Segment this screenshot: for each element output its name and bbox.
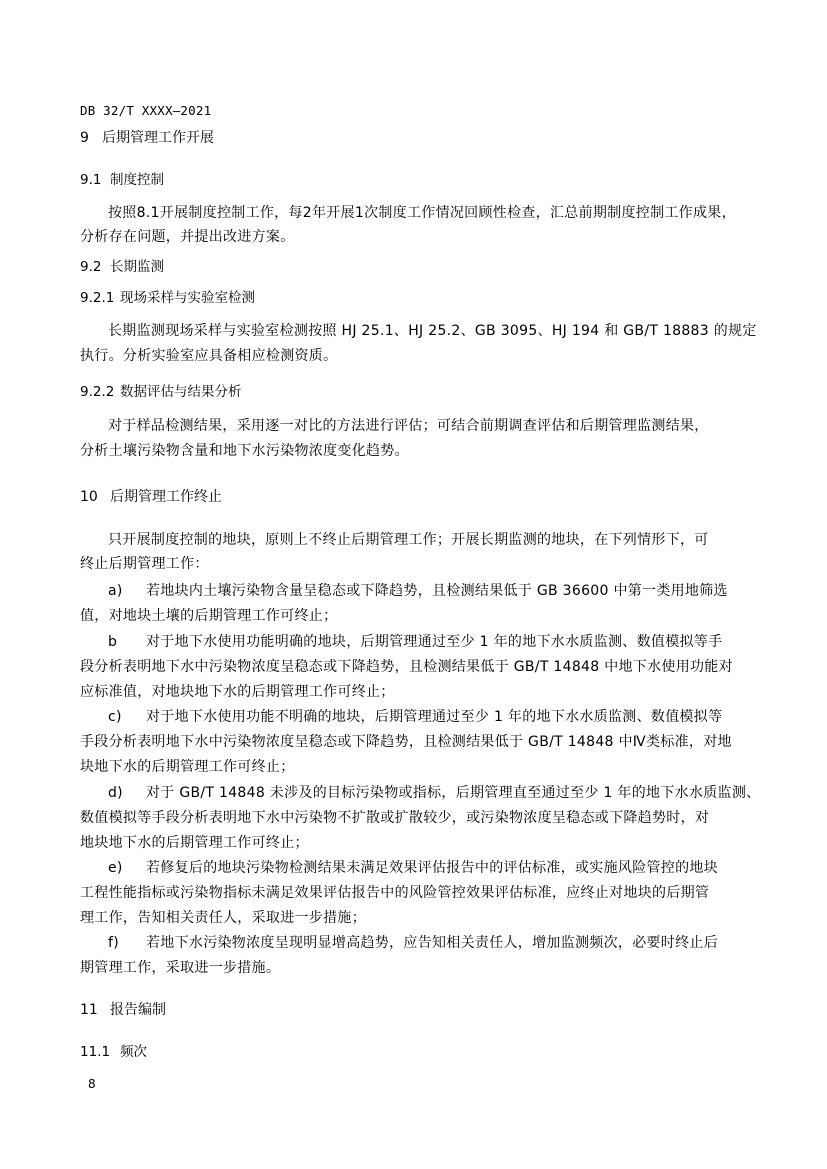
section-11-1-heading: 11.1频次 bbox=[80, 1046, 147, 1060]
paragraph-line: 执行。分析实验室应具备相应检测资质。 bbox=[80, 349, 337, 363]
page-number: 8 bbox=[88, 1078, 96, 1090]
section-9-2-heading: 9.2长期监测 bbox=[80, 261, 164, 275]
section-title: 现场采样与实验室检测 bbox=[120, 290, 255, 306]
list-text: 若地块内土壤污染物含量呈稳态或下降趋势，且检测结果低于 GB 36600 中第一… bbox=[146, 583, 728, 599]
paragraph-line: 只开展制度控制的地块，原则上不终止后期管理工作；开展长期监测的地块，在下列情形下… bbox=[108, 533, 709, 547]
list-item-e-continuation: 工程性能指标或污染物指标未满足效果评估报告中的风险管控效果评估标准，应终止对地块… bbox=[80, 886, 709, 900]
list-item-f-continuation: 期管理工作，采取进一步措施。 bbox=[80, 961, 280, 975]
section-title: 报告编制 bbox=[110, 1002, 166, 1018]
standard-code-header: DB 32/T XXXX—2021 bbox=[80, 105, 211, 118]
section-number: 9.1 bbox=[80, 174, 110, 188]
section-9-2-1-heading: 9.2.1现场采样与实验室检测 bbox=[80, 292, 255, 306]
section-9-1-heading: 9.1制度控制 bbox=[80, 174, 164, 188]
list-item-d: d)对于 GB/T 14848 未涉及的目标污染物或指标，后期管理直至通过至少 … bbox=[108, 786, 760, 800]
list-item-b-continuation: 段分析表明地下水中污染物浓度呈稳态或下降趋势，且检测结果低于 GB/T 1484… bbox=[80, 660, 733, 674]
paragraph-line: 终止后期管理工作： bbox=[80, 557, 209, 571]
list-label: c) bbox=[108, 710, 146, 724]
section-9-2-2-heading: 9.2.2数据评估与结果分析 bbox=[80, 386, 242, 400]
section-10-heading: 10后期管理工作终止 bbox=[80, 490, 222, 504]
list-item-e-continuation: 理工作，告知相关责任人，采取进一步措施； bbox=[80, 911, 366, 925]
list-item-d-continuation: 数值模拟等手段分析表明地下水中污染物不扩散或扩散较少，或污染物浓度呈稳态或下降趋… bbox=[80, 811, 709, 825]
list-item-c-continuation: 块地下水的后期管理工作可终止； bbox=[80, 760, 295, 774]
section-number: 9 bbox=[80, 131, 102, 145]
section-title: 制度控制 bbox=[110, 172, 164, 188]
paragraph-line: 按照8.1开展制度控制工作，每2年开展1次制度工作情况回顾性检查，汇总前期制度控… bbox=[108, 206, 736, 220]
section-number: 10 bbox=[80, 490, 110, 504]
list-item-f: f)若地下水污染物浓度呈现明显增高趋势，应告知相关责任人，增加监测频次，必要时终… bbox=[108, 936, 718, 950]
section-number: 11 bbox=[80, 1003, 110, 1017]
section-number: 11.1 bbox=[80, 1046, 120, 1060]
list-item-e: e)若修复后的地块污染物检测结果未满足效果评估报告中的评估标准，或实施风险管控的… bbox=[108, 861, 718, 875]
section-number: 9.2 bbox=[80, 261, 110, 275]
list-text: 对于 GB/T 14848 未涉及的目标污染物或指标，后期管理直至通过至少 1 … bbox=[146, 785, 760, 801]
list-text: 对于地下水使用功能明确的地块，后期管理通过至少 1 年的地下水水质监测、数值模拟… bbox=[146, 634, 722, 650]
list-text: 对于地下水使用功能不明确的地块，后期管理通过至少 1 年的地下水水质监测、数值模… bbox=[146, 709, 722, 725]
paragraph-line: 长期监测现场采样与实验室检测按照 HJ 25.1、HJ 25.2、GB 3095… bbox=[108, 324, 757, 338]
list-label: d) bbox=[108, 786, 146, 800]
list-label: b bbox=[108, 635, 146, 649]
section-title: 数据评估与结果分析 bbox=[120, 384, 242, 400]
list-label: e) bbox=[108, 861, 146, 875]
paragraph-line: 分析土壤污染物含量和地下水污染物浓度变化趋势。 bbox=[80, 444, 409, 458]
list-item-c: c)对于地下水使用功能不明确的地块，后期管理通过至少 1 年的地下水水质监测、数… bbox=[108, 710, 722, 724]
paragraph-line: 对于样品检测结果，采用逐一对比的方法进行评估；可结合前期调查评估和后期管理监测结… bbox=[108, 419, 709, 433]
section-title: 频次 bbox=[120, 1044, 147, 1060]
list-item-c-continuation: 手段分析表明地下水中污染物浓度呈稳态或下降趋势，且检测结果低于 GB/T 148… bbox=[80, 735, 732, 749]
section-title: 后期管理工作终止 bbox=[110, 489, 222, 505]
list-item-d-continuation: 地块地下水的后期管理工作可终止； bbox=[80, 836, 309, 850]
section-9-heading: 9后期管理工作开展 bbox=[80, 131, 214, 145]
list-item-b-continuation: 应标准值，对地块地下水的后期管理工作可终止； bbox=[80, 685, 395, 699]
list-text: 若地下水污染物浓度呈现明显增高趋势，应告知相关责任人，增加监测频次，必要时终止后 bbox=[146, 935, 718, 951]
section-number: 9.2.1 bbox=[80, 292, 120, 306]
section-title: 后期管理工作开展 bbox=[102, 130, 214, 146]
list-item-b: b对于地下水使用功能明确的地块，后期管理通过至少 1 年的地下水水质监测、数值模… bbox=[108, 635, 722, 649]
list-label: f) bbox=[108, 936, 146, 950]
list-label: a) bbox=[108, 584, 146, 598]
section-title: 长期监测 bbox=[110, 259, 164, 275]
list-item-a: a)若地块内土壤污染物含量呈稳态或下降趋势，且检测结果低于 GB 36600 中… bbox=[108, 584, 728, 598]
list-item-a-continuation: 值，对地块土壤的后期管理工作可终止； bbox=[80, 609, 337, 623]
document-page: DB 32/T XXXX—2021 9后期管理工作开展 9.1制度控制 按照8.… bbox=[0, 0, 827, 1169]
paragraph-line: 分析存在问题，并提出改进方案。 bbox=[80, 230, 295, 244]
list-text: 若修复后的地块污染物检测结果未满足效果评估报告中的评估标准，或实施风险管控的地块 bbox=[146, 860, 718, 876]
section-11-heading: 11报告编制 bbox=[80, 1003, 166, 1017]
section-number: 9.2.2 bbox=[80, 386, 120, 400]
